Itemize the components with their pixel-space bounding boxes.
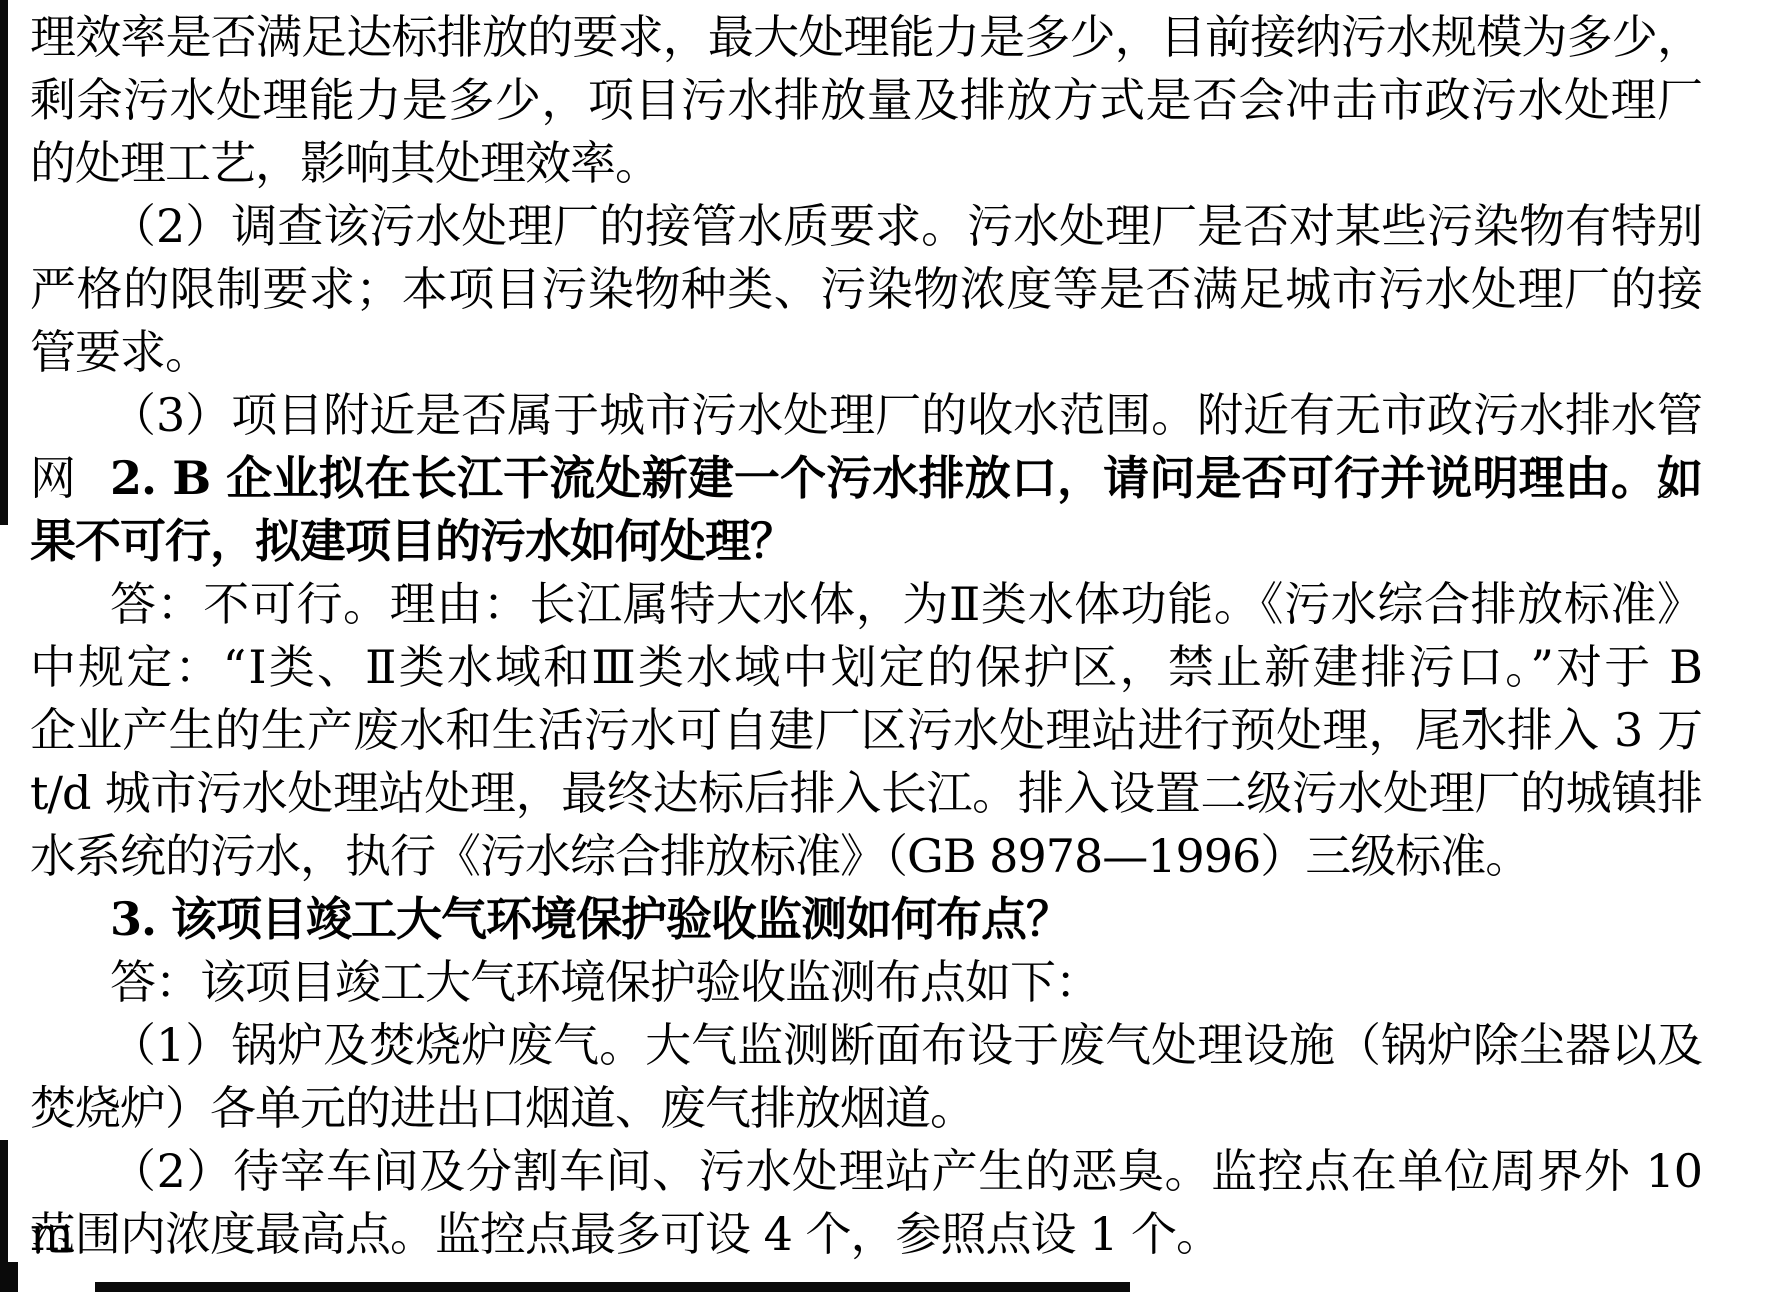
scan-speck: [1466, 710, 1482, 715]
scan-speck: [1228, 40, 1235, 46]
page-text-block: 理效率是否满足达标排放的要求，最大处理能力是多少，目前接纳污水规模为多少， 剩余…: [30, 6, 1702, 1266]
text-line: 焚烧炉）各单元的进出口烟道、废气排放烟道。: [30, 1077, 1702, 1140]
text-line: （2）待宰车间及分割车间、污水处理站产生的恶臭。监控点在单位周界外 10 m: [30, 1140, 1702, 1203]
text-line: （2）调查该污水处理厂的接管水质要求。污水处理厂是否对某些污染物有特别: [30, 195, 1702, 258]
text-line-question-2: 2. B 企业拟在长江干流处新建一个污水排放口，请问是否可行并说明理由。如: [30, 447, 1702, 510]
text-line: 严格的限制要求；本项目污染物种类、污染物浓度等是否满足城市污水处理厂的接: [30, 258, 1702, 321]
scan-edge-mark: [0, 1262, 18, 1292]
text-line: （1）锅炉及焚烧炉废气。大气监测断面布设于废气处理设施（锅炉除尘器以及: [30, 1014, 1702, 1077]
text-line: 剩余污水处理能力是多少，项目污水排放量及排放方式是否会冲击市政污水处理厂: [30, 69, 1702, 132]
text-line: 水系统的污水，执行《污水综合排放标准》（GB 8978—1996）三级标准。: [30, 825, 1702, 888]
text-line: （3）项目附近是否属于城市污水处理厂的收水范围。附近有无市政污水排水管网。: [30, 384, 1702, 447]
text-line: 理效率是否满足达标排放的要求，最大处理能力是多少，目前接纳污水规模为多少，: [30, 6, 1702, 69]
scan-edge-mark: [95, 1282, 1130, 1292]
text-line: 中规定：“Ⅰ类、Ⅱ类水域和Ⅲ类水域中划定的保护区，禁止新建排污口。”对于 B: [30, 636, 1702, 699]
text-line: 答：不可行。理由：长江属特大水体，为Ⅱ类水体功能。《污水综合排放标准》: [30, 573, 1702, 636]
text-line-question-2: 果不可行，拟建项目的污水如何处理？: [30, 510, 1702, 573]
text-line: 企业产生的生产废水和生活污水可自建厂区污水处理站进行预处理，尾水排入 3 万: [30, 699, 1702, 762]
text-line: 范围内浓度最高点。监控点最多可设 4 个，参照点设 1 个。: [30, 1203, 1702, 1266]
text-line: 的处理工艺，影响其处理效率。: [30, 132, 1702, 195]
text-line: 答：该项目竣工大气环境保护验收监测布点如下：: [30, 951, 1702, 1014]
scan-edge-mark: [0, 0, 8, 525]
text-line: 管要求。: [30, 321, 1702, 384]
text-line: t/d 城市污水处理站处理，最终达标后排入长江。排入设置二级污水处理厂的城镇排: [30, 762, 1702, 825]
text-line-question-3: 3. 该项目竣工大气环境保护验收监测如何布点？: [30, 888, 1702, 951]
